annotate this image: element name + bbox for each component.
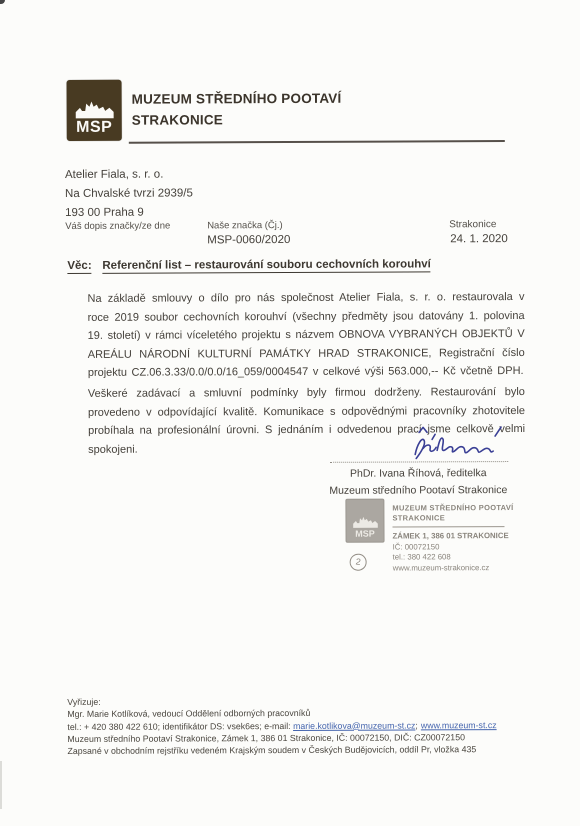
castle-silhouette-icon xyxy=(74,98,114,120)
letterhead-divider xyxy=(129,140,505,144)
letterhead-title: MUZEUM STŘEDNÍHO POOTAVÍ STRAKONICE xyxy=(132,88,342,131)
body-paragraph-1: Na základě smlouvy o dílo pro nás společ… xyxy=(87,288,524,382)
stamp-msp-logo: MSP xyxy=(345,499,384,543)
scanned-letter-page: MSP MUZEUM STŘEDNÍHO POOTAVÍ STRAKONICE … xyxy=(0,0,580,826)
stamp-number-badge: 2 xyxy=(349,553,368,572)
letter-date: 24. 1. 2020 xyxy=(450,233,508,245)
footer-contact-prefix: tel.: + 420 380 422 610; identifikátor D… xyxy=(67,721,290,732)
footer-separator: ; xyxy=(415,720,417,730)
footer-block: Vyřizuje: Mgr. Marie Kotlíková, vedoucí … xyxy=(67,694,497,757)
our-ref-value: MSP-0060/2020 xyxy=(207,234,290,246)
letterhead-title-line1: MUZEUM STŘEDNÍHO POOTAVÍ xyxy=(132,88,342,110)
place-label: Strakonice xyxy=(449,219,496,230)
stamp-address-block: ZÁMEK 1, 386 01 STRAKONICE IČ: 00072150 … xyxy=(393,531,509,574)
stamp-ic: IČ: 00072150 xyxy=(393,542,509,553)
stamp-title: MUZEUM STŘEDNÍHO POOTAVÍ STRAKONICE xyxy=(392,503,513,524)
stamp-title-line2: STRAKONICE xyxy=(392,513,513,524)
recipient-address: Atelier Fiala, s. r. o. Na Chvalské tvrz… xyxy=(65,165,193,223)
logo-text: MSP xyxy=(76,118,112,138)
your-ref-label: Váš dopis značky/ze dne xyxy=(65,221,170,232)
subject-label: Věc: xyxy=(67,260,91,274)
signatory-organization: Muzeum středního Pootaví Strakonice xyxy=(318,482,518,500)
subject-text: Referenční list – restaurování souboru c… xyxy=(102,258,431,273)
our-ref-label: Naše značka (Čj.) xyxy=(207,220,283,231)
letter-sheet: MSP MUZEUM STŘEDNÍHO POOTAVÍ STRAKONICE … xyxy=(0,0,580,826)
scan-artifact-edge xyxy=(0,761,2,809)
website-link[interactable]: www.muzeum-st.cz xyxy=(421,720,497,730)
recipient-name: Atelier Fiala, s. r. o. xyxy=(65,165,193,185)
stamp-castle-silhouette-icon xyxy=(352,515,378,529)
recipient-street: Na Chvalské tvrzi 2939/5 xyxy=(65,184,193,204)
signatory-block: PhDr. Ivana Říhová, ředitelka Muzeum stř… xyxy=(318,465,518,500)
footer-registry-line: Zapsané v obchodním rejstříku vedeném Kr… xyxy=(67,743,496,757)
signatory-name: PhDr. Ivana Říhová, ředitelka xyxy=(318,465,518,483)
stamp-address: ZÁMEK 1, 386 01 STRAKONICE xyxy=(393,531,509,542)
msp-logo: MSP xyxy=(67,80,122,141)
letterhead-title-line2: STRAKONICE xyxy=(132,109,342,131)
email-link[interactable]: marie.kotlikova@muzeum-st.cz xyxy=(293,720,415,731)
handwritten-signature xyxy=(405,420,507,464)
stamp-tel: tel.: 380 422 608 xyxy=(393,552,509,563)
stamp-title-line1: MUZEUM STŘEDNÍHO POOTAVÍ xyxy=(392,503,513,514)
stamp-divider xyxy=(392,526,504,527)
stamp-logo-text: MSP xyxy=(355,529,375,540)
stamp-web: www.muzeum-strakonice.cz xyxy=(393,563,509,574)
